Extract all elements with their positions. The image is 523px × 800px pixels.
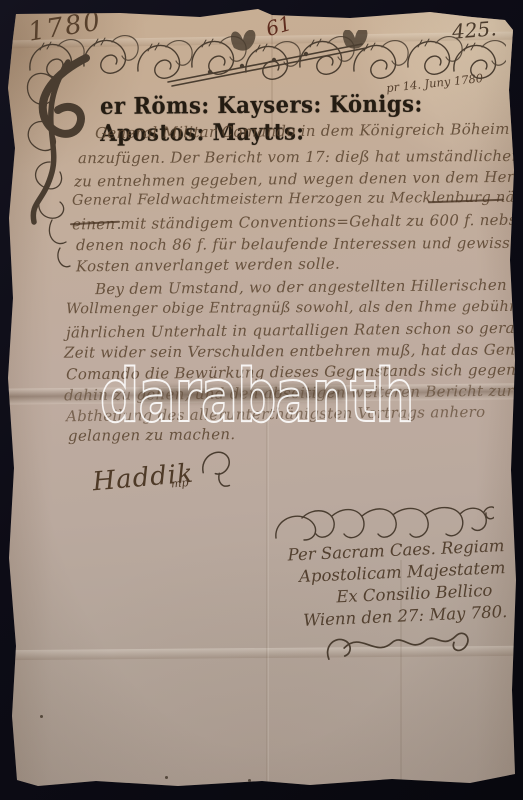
haddik-mp-mark: mp	[171, 476, 190, 490]
ink-speck	[40, 715, 43, 718]
ink-speck	[118, 227, 120, 229]
paper-sheet: 1780 425. 61 pr 14. Juny 1780	[0, 0, 523, 800]
bottom-signature-flourish	[321, 614, 484, 673]
body-line: einen mit ständigem Conventions=Gehalt z…	[72, 211, 523, 234]
haddik-signature: Haddik mp	[90, 444, 240, 501]
photo-of-document: 1780 425. 61 pr 14. Juny 1780	[0, 0, 523, 800]
body-line: denen noch 86 f. für belaufende Interess…	[76, 234, 519, 254]
ink-speck	[165, 776, 168, 779]
body-line: anzufügen. Der Bericht vom 17: dieß hat …	[78, 147, 521, 167]
body-line: jährlichen Unterhalt in quartalligen Rat…	[66, 318, 523, 341]
body-line: Bey dem Umstand, wo der angestellten Hil…	[95, 276, 507, 298]
body-line: zu entnehmen gegeben, und wegen denen vo…	[74, 168, 523, 191]
body-line: General Feldwachtmeistern Herzogen zu Me…	[72, 189, 523, 209]
body-line: Kosten anverlanget werden solle.	[76, 255, 340, 276]
darabanth-watermark: darabanth	[100, 360, 414, 433]
body-line: Wollmenger obige Entragnüß sowohl, als d…	[66, 299, 523, 318]
vertical-fold-crease	[266, 390, 269, 790]
ink-speck	[248, 779, 251, 782]
signature-flourish-icon	[197, 444, 241, 491]
